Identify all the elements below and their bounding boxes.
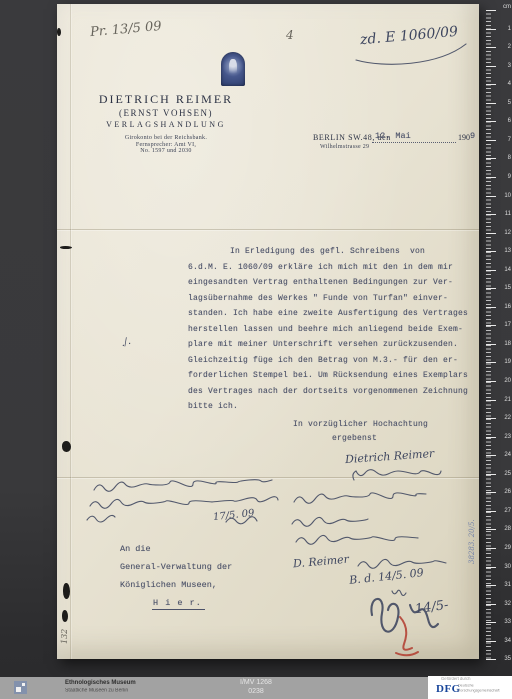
ruler-cm-tick	[486, 381, 496, 382]
ruler-cm-tick	[486, 47, 496, 48]
handwritten-note-left	[84, 478, 320, 530]
body-line: Gleichzeitig füge ich den Betrag von M.3…	[188, 353, 480, 369]
ruler-cm-tick	[486, 529, 496, 530]
ruler-number: 33	[504, 619, 511, 625]
emblem-figure	[229, 59, 237, 77]
ruler-number: 19	[504, 359, 511, 365]
ruler: cm 1234567891011121314151617181920212223…	[484, 0, 512, 678]
ruler-cm-tick	[486, 418, 496, 419]
ruler-number: 29	[504, 545, 511, 551]
ruler-number: 34	[504, 638, 511, 644]
ruler-number: 13	[504, 248, 511, 254]
handwritten-paraphs	[358, 583, 483, 655]
ruler-number: 11	[505, 211, 511, 217]
ruler-number: 18	[504, 341, 511, 347]
recipient-line: General-Verwaltung der	[120, 558, 232, 576]
ruler-number: 20	[504, 378, 511, 384]
recipient-line: Königlichen Museen,	[120, 576, 232, 594]
ruler-number: 4	[508, 81, 511, 87]
ruler-number: 16	[504, 304, 511, 310]
body-line: eingesandten Vertrag enthaltenen Bedingu…	[188, 275, 480, 291]
company-name-secondary: (ERNST VOHSEN)	[96, 108, 236, 118]
signature-second-line	[340, 456, 475, 490]
ruler-cm-tick	[486, 511, 496, 512]
ruler-number: 22	[504, 415, 511, 421]
letter-page: Pr. 13/5 09 4 zd. E 1060/09 DIETRICH REI…	[57, 4, 479, 659]
body-line: lagsübernahme des Werkes " Funde von Tur…	[188, 291, 480, 307]
ruler-cm-tick	[486, 492, 496, 493]
ink-blot	[62, 610, 68, 622]
margin-number-left: 132	[60, 629, 69, 644]
ruler-cm-tick	[486, 548, 496, 549]
ruler-cm-tick	[486, 307, 496, 308]
ruler-cm-tick	[486, 659, 496, 660]
company-type: VERLAGSHANDLUNG	[96, 120, 236, 129]
ruler-number: 3	[508, 63, 511, 69]
ruler-cm-tick	[486, 29, 496, 30]
ruler-number: 35	[504, 656, 511, 662]
dateline-street: Wilhelmstrasse 29	[320, 144, 369, 150]
ruler-number: 25	[504, 471, 511, 477]
ruler-cm-tick	[486, 288, 496, 289]
ruler-cm-tick	[486, 325, 496, 326]
ruler-cm-tick	[486, 585, 496, 586]
ruler-number: 28	[504, 526, 511, 532]
margin-number-right: 38283. 20/5.	[468, 519, 476, 564]
ruler-cm-tick	[486, 437, 496, 438]
ruler-cm-tick	[486, 233, 496, 234]
recipient-city-underlined: H i e r.	[152, 598, 205, 610]
ruler-cm-tick	[486, 214, 496, 215]
handwritten-enclosure-mark: ./.	[120, 336, 133, 349]
footer-bar: Ethnologisches Museum Staatliche Museen …	[0, 677, 512, 699]
funding-label: Gefördert durch	[441, 677, 470, 681]
letterhead: DIETRICH REIMER (ERNST VOHSEN) VERLAGSHA…	[96, 92, 236, 155]
dateline-typed-date: 12. Mai	[375, 131, 411, 141]
ruler-cm-tick	[486, 177, 496, 178]
ruler-number: 8	[508, 155, 511, 161]
ruler-number: 26	[504, 489, 511, 495]
ruler-number: 32	[504, 601, 511, 607]
ruler-cm-tick	[486, 158, 496, 159]
dfg-name-line2: Forschungsgemeinschaft	[458, 689, 500, 693]
dateline-dotted-rule	[372, 142, 456, 143]
ruler-cm-tick	[486, 567, 496, 568]
ruler-mm-ticks	[486, 10, 491, 660]
letterhead-phone-numbers: No. 1597 und 2030	[96, 148, 236, 155]
dfg-name-line1: Deutsche	[458, 684, 474, 688]
ruler-cm-tick	[486, 455, 496, 456]
closing-word: ergebenst	[332, 434, 377, 443]
body-line: In Erledigung des gefl. Schreibens von	[188, 244, 480, 260]
dateline-typed-year-digit: 9	[470, 131, 475, 141]
letter-body: In Erledigung des gefl. Schreibens von6.…	[188, 244, 480, 415]
binding-crease	[70, 4, 71, 659]
ruler-number: 12	[504, 230, 511, 236]
body-line: plare mit meiner Unterschrift versehen z…	[188, 337, 480, 353]
ruler-cm-tick	[486, 270, 496, 271]
ruler-number: 1	[508, 26, 511, 32]
ruler-number: 17	[504, 322, 511, 328]
ink-blot	[60, 246, 72, 249]
ruler-number: 15	[504, 285, 511, 291]
company-name: DIETRICH REIMER	[96, 92, 236, 107]
ruler-number: 24	[504, 452, 511, 458]
body-line: 6.d.M. E. 1060/09 erkläre ich mich mit d…	[188, 260, 480, 276]
scan-viewer: Pr. 13/5 09 4 zd. E 1060/09 DIETRICH REI…	[0, 0, 512, 699]
handwritten-page-number: 4	[286, 28, 294, 42]
ink-blot	[63, 583, 70, 599]
body-line: forderlichen Stempel bei. Um Rücksendung…	[188, 368, 480, 384]
ruler-cm-tick	[486, 251, 496, 252]
publisher-emblem-icon	[221, 52, 245, 86]
ruler-number: 9	[508, 174, 511, 180]
ruler-unit-label: cm	[503, 4, 511, 10]
ruler-cm-tick	[486, 604, 496, 605]
recipient-block: An die General-Verwaltung der Königliche…	[120, 540, 232, 612]
ruler-cm-tick	[486, 84, 496, 85]
ruler-cm-tick	[486, 196, 496, 197]
body-line: des Vertrages nach der dortseits vorgeno…	[188, 384, 480, 400]
ruler-number: 5	[508, 100, 511, 106]
closing-salutation: In vorzüglicher Hochachtung	[293, 420, 428, 429]
ruler-number: 14	[504, 267, 511, 273]
body-line: bitte ich.	[188, 399, 480, 415]
ruler-cm-tick	[486, 121, 496, 122]
ruler-cm-tick	[486, 641, 496, 642]
ruler-number: 21	[504, 397, 511, 403]
handwritten-registry-mark: Pr. 13/5 09	[89, 19, 162, 40]
body-line: herstellen lassen und beehre mich anlieg…	[188, 322, 480, 338]
dateline-printed-year: 190	[458, 133, 470, 142]
ruler-number: 27	[504, 508, 511, 514]
ruler-cm-tick	[486, 66, 496, 67]
ink-blot	[57, 28, 61, 36]
ruler-number: 31	[504, 582, 511, 588]
ruler-cm-tick	[486, 10, 496, 11]
ruler-cm-tick	[486, 474, 496, 475]
ruler-cm-tick	[486, 400, 496, 401]
ruler-number: 7	[508, 137, 511, 143]
fold-crease-top	[57, 229, 479, 230]
ruler-number: 23	[504, 434, 511, 440]
body-line: standen. Ich habe eine zweite Ausfertigu…	[188, 306, 480, 322]
ruler-number: 10	[504, 193, 511, 199]
file-number-flourish	[352, 24, 472, 68]
ruler-cm-tick	[486, 103, 496, 104]
ruler-cm-tick	[486, 362, 496, 363]
ruler-number: 30	[504, 564, 511, 570]
dfg-funding-box: Gefördert durch DFG Deutsche Forschungsg…	[428, 676, 512, 699]
ruler-cm-tick	[486, 140, 496, 141]
ruler-number: 2	[508, 44, 511, 50]
ruler-cm-tick	[486, 622, 496, 623]
ink-blot	[62, 441, 71, 452]
ruler-cm-tick	[486, 344, 496, 345]
ruler-number: 6	[508, 118, 511, 124]
recipient-line: An die	[120, 540, 232, 558]
